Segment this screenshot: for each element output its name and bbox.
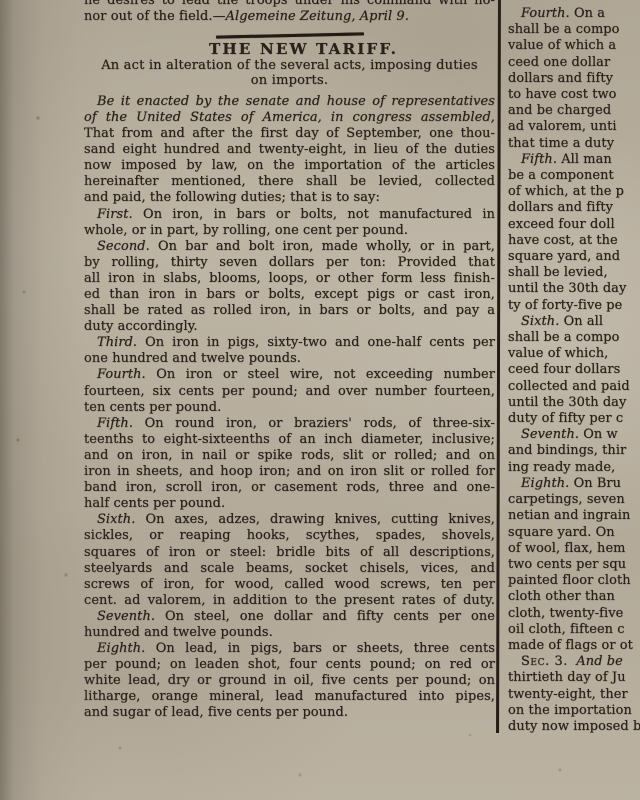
right-column-line: Sec. 3. And be — [508, 654, 640, 670]
right-column-line: netian and ingrain — [508, 508, 640, 524]
body-line: whole, or in part, by rolling, one cent … — [84, 223, 495, 239]
body-line: Seventh. On steel, one dollar and fifty … — [84, 609, 495, 625]
body-line: teenths to eight-sixteenths of an inch d… — [84, 432, 495, 448]
right-column-line: that time a duty — [508, 136, 640, 152]
right-column-line: Fifth. All man — [508, 152, 640, 168]
body-line: steelyards and scale beams, socket chise… — [84, 561, 495, 577]
right-column-line: Seventh. On w — [508, 427, 640, 443]
body-line: screws of iron, for wood, called wood sc… — [84, 577, 495, 593]
body-line: cent. ad valorem, in addition to the pre… — [84, 593, 495, 609]
body-line: Be it enacted by the senate and house of… — [84, 94, 495, 110]
right-column-line: shall be levied, — [508, 265, 640, 281]
right-column-line: ceed four dollars — [508, 362, 640, 378]
right-column-line: of wool, flax, hem — [508, 541, 640, 557]
body-line: hereinafter mentioned, there shall be le… — [84, 174, 495, 190]
right-column-line: shall be a compo — [508, 22, 640, 38]
masthead-citation: Algemeine Zeitung, April 9. — [226, 9, 409, 24]
body-line: Fifth. On round iron, or braziers' rods,… — [84, 416, 495, 432]
right-column-line: ceed one dollar — [508, 55, 640, 71]
right-column-line: made of flags or ot — [508, 638, 640, 654]
column-divider-rule — [496, 0, 500, 733]
paragraph-lead-word: Third. — [97, 335, 137, 350]
right-column-line: duty now imposed b — [508, 719, 640, 735]
article-body: Be it enacted by the senate and house of… — [84, 94, 495, 722]
right-column: Fourth. On ashall be a compovalue of whi… — [508, 6, 640, 735]
right-column-line: collected and paid — [508, 379, 640, 395]
right-column-line: value of which a — [508, 38, 640, 54]
right-column-line: carpetings, seven — [508, 492, 640, 508]
body-line: squares of iron or steel: bridle bits of… — [84, 545, 495, 561]
body-line: sickles, or reaping hooks, scythes, spad… — [84, 528, 495, 544]
paragraph-lead-word: Fourth. — [97, 367, 146, 382]
body-line: and paid, the following duties; that is … — [84, 190, 495, 206]
body-line: hundred and twelve pounds. — [84, 625, 495, 641]
masthead-line-2-roman: nor out of the field.— — [84, 9, 226, 24]
right-column-line: Eighth. On Bru — [508, 476, 640, 492]
newspaper-page: he desires to lead the troops under his … — [0, 0, 640, 800]
body-line: Second. On bar and bolt iron, made wholl… — [84, 239, 495, 255]
body-line: per pound; on leaden shot, four cents po… — [84, 657, 495, 673]
paragraph-lead-word: Fourth. — [521, 6, 570, 21]
right-column-line: until the 30th day — [508, 395, 640, 411]
body-line: ed than iron in bars or bolts, except pi… — [84, 287, 495, 303]
body-line: sand eight hundred and twenty-eight, in … — [84, 142, 495, 158]
right-column-line: shall be a compo — [508, 330, 640, 346]
paragraph-lead-word: Sixth. — [521, 314, 559, 329]
body-line: litharge, orange mineral, lead manufactu… — [84, 689, 495, 705]
paragraph-lead-word: Eighth. — [97, 641, 145, 656]
section-number: Sec. 3. — [521, 654, 568, 669]
body-line: now imposed by law, on the importation o… — [84, 158, 495, 174]
body-line: band iron, scroll iron, or casement rods… — [84, 480, 495, 496]
right-column-line: two cents per squ — [508, 557, 640, 573]
right-column-line: cloth other than — [508, 589, 640, 605]
body-line: Third. On iron in pigs, sixty-two and on… — [84, 335, 495, 351]
right-column-line: of which, at the p — [508, 184, 640, 200]
right-column-line: have cost, at the — [508, 233, 640, 249]
body-line: and sugar of lead, five cents per pound. — [84, 705, 495, 721]
left-column: he desires to lead the troops under his … — [84, 0, 495, 722]
right-column-line: on the importation — [508, 703, 640, 719]
body-line: fourteen, six cents per pound; and over … — [84, 384, 495, 400]
heading-rule — [215, 33, 363, 39]
right-column-line: ad valorem, unti — [508, 119, 640, 135]
right-column-line: oil cloth, fifteen c — [508, 622, 640, 638]
body-line: one hundred and twelve pounds. — [84, 351, 495, 367]
right-column-line: until the 30th day — [508, 281, 640, 297]
right-column-line: Fourth. On a — [508, 6, 640, 22]
right-column-line: be a component — [508, 168, 640, 184]
paragraph-lead-word: First. — [97, 207, 133, 222]
right-column-line: painted floor cloth — [508, 573, 640, 589]
right-column-line: to have cost two — [508, 87, 640, 103]
right-column-line: duty of fifty per c — [508, 411, 640, 427]
paragraph-lead-word: Fifth. — [521, 152, 557, 167]
body-line: duty accordingly. — [84, 319, 495, 335]
body-line: and on iron, in nail or spike rods, slit… — [84, 448, 495, 464]
body-line: half cents per pound. — [84, 496, 495, 512]
paragraph-lead-word: Seventh. — [521, 427, 579, 442]
paragraph-lead-word: Fifth. — [97, 416, 133, 431]
paragraph-lead-word: Eighth. — [521, 476, 569, 491]
right-column-line: and bindings, thir — [508, 443, 640, 459]
body-line: by rolling, thirty seven dollars per ton… — [84, 255, 495, 271]
right-column-line: value of which, — [508, 346, 640, 362]
paragraph-lead-word: And be — [576, 654, 622, 669]
paragraph-lead-word: Sixth. — [97, 512, 135, 527]
body-line: ten cents per pound. — [84, 400, 495, 416]
body-line: of the United States of America, in cong… — [84, 110, 495, 126]
right-column-line: exceed four doll — [508, 217, 640, 233]
body-line: First. On iron, in bars or bolts, not ma… — [84, 207, 495, 223]
body-line: iron in sheets, and hoop iron; and on ir… — [84, 464, 495, 480]
right-column-line: thirtieth day of Ju — [508, 670, 640, 686]
right-column-line: ing ready made, — [508, 460, 640, 476]
right-column-line: twenty-eight, ther — [508, 687, 640, 703]
right-column-line: and be charged — [508, 103, 640, 119]
right-column-line: square yard, and — [508, 249, 640, 265]
body-line: Eighth. On lead, in pigs, bars or sheets… — [84, 641, 495, 657]
article-subtitle-line-1: An act in alteration of the several acts… — [84, 58, 495, 74]
right-column-line: Sixth. On all — [508, 314, 640, 330]
article-subtitle-line-2: on imports. — [84, 73, 495, 89]
right-column-line: cloth, twenty-five — [508, 606, 640, 622]
paragraph-lead-word: Second. — [97, 239, 150, 254]
body-line: That from and after the first day of Sep… — [84, 126, 495, 142]
masthead-line-2: nor out of the field.—Algemeine Zeitung,… — [84, 9, 495, 25]
body-line: Sixth. On axes, adzes, drawing knives, c… — [84, 512, 495, 528]
right-column-line: square yard. On — [508, 525, 640, 541]
body-line: all iron in slabs, blooms, loops, or oth… — [84, 271, 495, 287]
article-title: THE NEW TARIFF. — [112, 41, 495, 58]
body-line: white lead, dry or ground in oil, five c… — [84, 673, 495, 689]
body-line: Fourth. On iron or steel wire, not excee… — [84, 367, 495, 383]
paragraph-lead-word: Seventh. — [97, 609, 155, 624]
right-column-line: dollars and fifty — [508, 200, 640, 216]
right-column-line: ty of forty-five pe — [508, 298, 640, 314]
right-column-line: dollars and fifty — [508, 71, 640, 87]
body-line: shall be rated as rolled iron, in bars o… — [84, 303, 495, 319]
masthead-line-1: he desires to lead the troops under his … — [84, 0, 495, 9]
